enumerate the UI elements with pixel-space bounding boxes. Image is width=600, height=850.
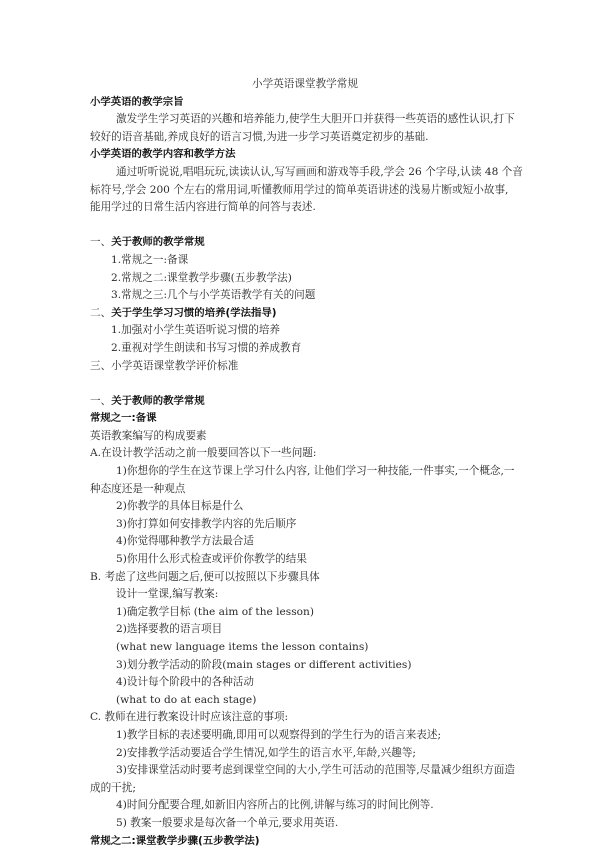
text-line: 成的干扰; bbox=[90, 780, 520, 798]
text-line: 一、关于教师的教学常规 bbox=[90, 393, 520, 411]
text-line: 标符号,学会 200 个左右的常用词,听懂教师用学过的简单英语讲述的浅易片断或短… bbox=[90, 182, 520, 200]
text-line: C. 教师在进行教案设计时应该注意的事项: bbox=[90, 709, 520, 727]
text-line: 一、关于教师的教学常规 bbox=[90, 234, 520, 252]
text-line: 3.常规之三:几个与小学英语教学有关的问题 bbox=[90, 287, 520, 305]
text-line: 5)你用什么形式检查或评价你教学的结果 bbox=[90, 551, 520, 569]
text-line: 种态度还是一种观点 bbox=[90, 481, 520, 499]
text-line: 英语教案编写的构成要素 bbox=[90, 428, 520, 446]
section-heading: 小学英语的教学宗旨 bbox=[90, 94, 520, 112]
text-line: B. 考虑了这些问题之后,便可以按照以下步骤具体 bbox=[90, 569, 520, 587]
text-line: 1)你想你的学生在这节课上学习什么内容, 让他们学习一种技能,一件事实,一个概念… bbox=[90, 463, 520, 481]
text-line: 2)选择要教的语言项目 bbox=[90, 621, 520, 639]
text-line: 2.常规之二:课堂教学步骤(五步教学法) bbox=[90, 270, 520, 288]
text-line: 3)你打算如何安排教学内容的先后顺序 bbox=[90, 516, 520, 534]
heading-number: 一、 bbox=[90, 236, 111, 248]
text-line: 5) 教案一般要求是每次备一个单元,要求用英语. bbox=[90, 815, 520, 833]
text-line: 能用学过的日常生活内容进行简单的问答与表述. bbox=[90, 199, 520, 217]
document-title: 小学英语课堂教学常规 bbox=[90, 76, 520, 94]
text-line: 通过听听说说,唱唱玩玩,读读认认,写写画画和游戏等手段,学会 26 个字母,认读… bbox=[90, 164, 520, 182]
heading-number: 一、 bbox=[90, 395, 111, 407]
text-line: 1)教学目标的表述要明确,即用可以观察得到的学生行为的语言来表述; bbox=[90, 727, 520, 745]
text-line: (what new language items the lesson cont… bbox=[90, 639, 520, 657]
blank-line bbox=[90, 217, 520, 235]
text-line: 2.重视对学生朗读和书写习惯的养成教育 bbox=[90, 340, 520, 358]
text-line: 较好的语音基础,养成良好的语言习惯,为进一步学习英语奠定初步的基础. bbox=[90, 129, 520, 147]
text-line: 2)你教学的具体目标是什么 bbox=[90, 498, 520, 516]
text-line: 1.常规之一:备课 bbox=[90, 252, 520, 270]
text-line: 1)确定教学目标 (the aim of the lesson) bbox=[90, 604, 520, 622]
document-page: 小学英语课堂教学常规 小学英语的教学宗旨激发学生学习英语的兴趣和培养能力,使学生… bbox=[90, 76, 520, 850]
heading-text: 关于教师的教学常规 bbox=[111, 236, 205, 248]
blank-line bbox=[90, 375, 520, 393]
text-line: 3)划分教学活动的阶段(main stages or different act… bbox=[90, 657, 520, 675]
text-line: 二、关于学生学习习惯的培养(学法指导) bbox=[90, 305, 520, 323]
text-line: 激发学生学习英语的兴趣和培养能力,使学生大胆开口并获得一些英语的感性认识,打下 bbox=[90, 111, 520, 129]
text-line: (what to do at each stage) bbox=[90, 692, 520, 710]
text-line: 4)设计每个阶段中的各种活动 bbox=[90, 674, 520, 692]
text-line: 4)你觉得哪种教学方法最合适 bbox=[90, 533, 520, 551]
text-line: 三、小学英语课堂教学评价标准 bbox=[90, 358, 520, 376]
section-heading: 常规之二:课堂教学步骤(五步教学法) bbox=[90, 833, 520, 850]
text-line: 设计一堂课,编写教案: bbox=[90, 586, 520, 604]
section-heading: 小学英语的教学内容和教学方法 bbox=[90, 146, 520, 164]
text-line: 3)安排课堂活动时要考虑到课堂空间的大小,学生可活动的范围等,尽量减少组织方面造 bbox=[90, 762, 520, 780]
text-line: 4)时间分配要合理,如新旧内容所占的比例,讲解与练习的时间比例等. bbox=[90, 797, 520, 815]
heading-text: 关于学生学习习惯的培养(学法指导) bbox=[111, 307, 276, 319]
text-line: 2)安排教学活动要适合学生情况,如学生的语言水平,年龄,兴趣等; bbox=[90, 745, 520, 763]
text-line: 1.加强对小学生英语听说习惯的培养 bbox=[90, 322, 520, 340]
document-body: 小学英语的教学宗旨激发学生学习英语的兴趣和培养能力,使学生大胆开口并获得一些英语… bbox=[90, 94, 520, 850]
heading-number: 二、 bbox=[90, 307, 111, 319]
section-heading: 常规之一:备课 bbox=[90, 410, 520, 428]
text-line: A.在设计教学活动之前一般要回答以下一些问题: bbox=[90, 445, 520, 463]
heading-text: 关于教师的教学常规 bbox=[111, 395, 205, 407]
